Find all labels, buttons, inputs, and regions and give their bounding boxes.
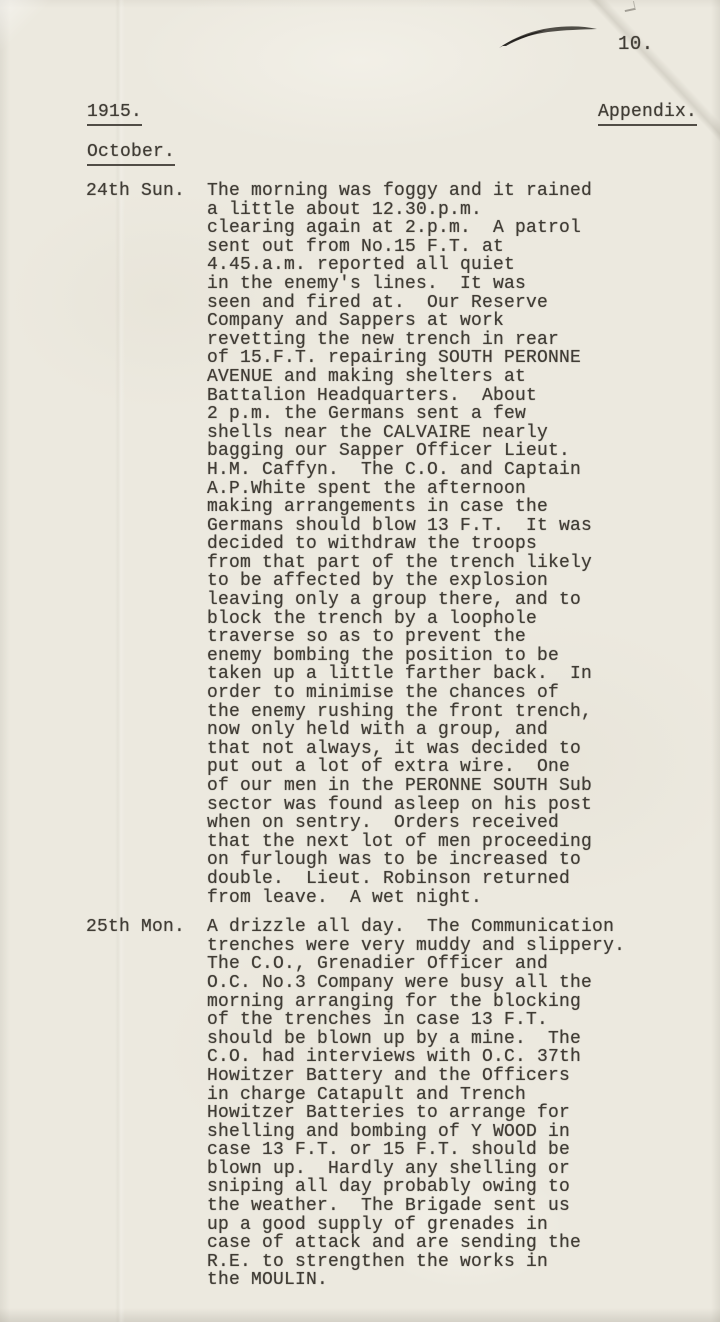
text-line: revetting the new trench in rear [207, 331, 720, 350]
text-line: from that part of the trench likely [207, 554, 720, 573]
text-line: R.E. to strengthen the works in [207, 1253, 720, 1272]
text-line: a little about 12.30.p.m. [207, 201, 720, 220]
text-line: 2 p.m. the Germans sent a few [207, 405, 720, 424]
entry-body: The morning was foggy and it raineda lit… [207, 182, 720, 907]
text-line: Company and Sappers at work [207, 312, 720, 331]
text-line: shelling and bombing of Y WOOD in [207, 1123, 720, 1142]
diary-entry: 24th Sun.The morning was foggy and it ra… [0, 182, 720, 907]
text-line: double. Lieut. Robinson returned [207, 870, 720, 889]
text-line: seen and fired at. Our Reserve [207, 294, 720, 313]
text-line: The morning was foggy and it rained [207, 182, 720, 201]
diary-entries: 24th Sun.The morning was foggy and it ra… [0, 182, 720, 1290]
text-line: that the next lot of men proceeding [207, 833, 720, 852]
text-line: put out a lot of extra wire. One [207, 758, 720, 777]
year-heading: 1915. [87, 103, 142, 126]
text-line: decided to withdraw the troops [207, 535, 720, 554]
text-line: when on sentry. Orders received [207, 814, 720, 833]
text-line: up a good supply of grenades in [207, 1216, 720, 1235]
text-line: of our men in the PERONNE SOUTH Sub [207, 777, 720, 796]
text-line: A.P.White spent the afternoon [207, 480, 720, 499]
text-line: taken up a little farther back. In [207, 665, 720, 684]
text-line: The C.O., Grenadier Officer and [207, 955, 720, 974]
text-line: C.O. had interviews with O.C. 37th [207, 1048, 720, 1067]
text-line: leaving only a group there, and to [207, 591, 720, 610]
text-line: should be blown up by a mine. The [207, 1030, 720, 1049]
text-line: the MOULIN. [207, 1271, 720, 1290]
text-line: of 15.F.T. repairing SOUTH PERONNE [207, 349, 720, 368]
entry-date: 24th Sun. [86, 182, 207, 201]
text-line: to be affected by the explosion [207, 572, 720, 591]
entry-date: 25th Mon. [86, 918, 207, 937]
text-line: sector was found asleep on his post [207, 796, 720, 815]
text-line: the enemy rushing the front trench, [207, 703, 720, 722]
page-number: 10. [618, 33, 654, 55]
diary-entry: 25th Mon.A drizzle all day. The Communic… [0, 918, 720, 1290]
appendix-heading: Appendix. [598, 103, 697, 126]
text-line: trenches were very muddy and slippery. [207, 937, 720, 956]
text-line: blown up. Hardly any shelling or [207, 1160, 720, 1179]
text-line: 4.45.a.m. reported all quiet [207, 256, 720, 275]
text-line: block the trench by a loophole [207, 610, 720, 629]
text-line: enemy bombing the position to be [207, 647, 720, 666]
text-line: in charge Catapult and Trench [207, 1086, 720, 1105]
entry-body: A drizzle all day. The Communicationtren… [207, 918, 720, 1290]
text-line: case 13 F.T. or 15 F.T. should be [207, 1141, 720, 1160]
text-line: A drizzle all day. The Communication [207, 918, 720, 937]
text-line: H.M. Caffyn. The C.O. and Captain [207, 461, 720, 480]
text-line: in the enemy's lines. It was [207, 275, 720, 294]
text-line: sent out from No.15 F.T. at [207, 238, 720, 257]
text-line: clearing again at 2.p.m. A patrol [207, 219, 720, 238]
text-line: order to minimise the chances of [207, 684, 720, 703]
text-line: Battalion Headquarters. About [207, 387, 720, 406]
text-line: sniping all day probably owing to [207, 1178, 720, 1197]
text-line: making arrangements in case the [207, 498, 720, 517]
text-line: AVENUE and making shelters at [207, 368, 720, 387]
text-line: Howitzer Batteries to arrange for [207, 1104, 720, 1123]
text-line: the weather. The Brigade sent us [207, 1197, 720, 1216]
month-heading: October. [87, 143, 175, 166]
text-line: case of attack and are sending the [207, 1234, 720, 1253]
text-line: on furlough was to be increased to [207, 851, 720, 870]
text-line: shells near the CALVAIRE nearly [207, 424, 720, 443]
text-line: O.C. No.3 Company were busy all the [207, 974, 720, 993]
text-line: Germans should blow 13 F.T. It was [207, 517, 720, 536]
text-line: that not always, it was decided to [207, 740, 720, 759]
text-line: Howitzer Battery and the Officers [207, 1067, 720, 1086]
text-line: now only held with a group, and [207, 721, 720, 740]
text-line: bagging our Sapper Officer Lieut. [207, 442, 720, 461]
text-line: from leave. A wet night. [207, 889, 720, 908]
text-line: morning arranging for the blocking [207, 993, 720, 1012]
text-line: of the trenches in case 13 F.T. [207, 1011, 720, 1030]
ink-smudge [498, 21, 598, 51]
text-line: traverse so as to prevent the [207, 628, 720, 647]
